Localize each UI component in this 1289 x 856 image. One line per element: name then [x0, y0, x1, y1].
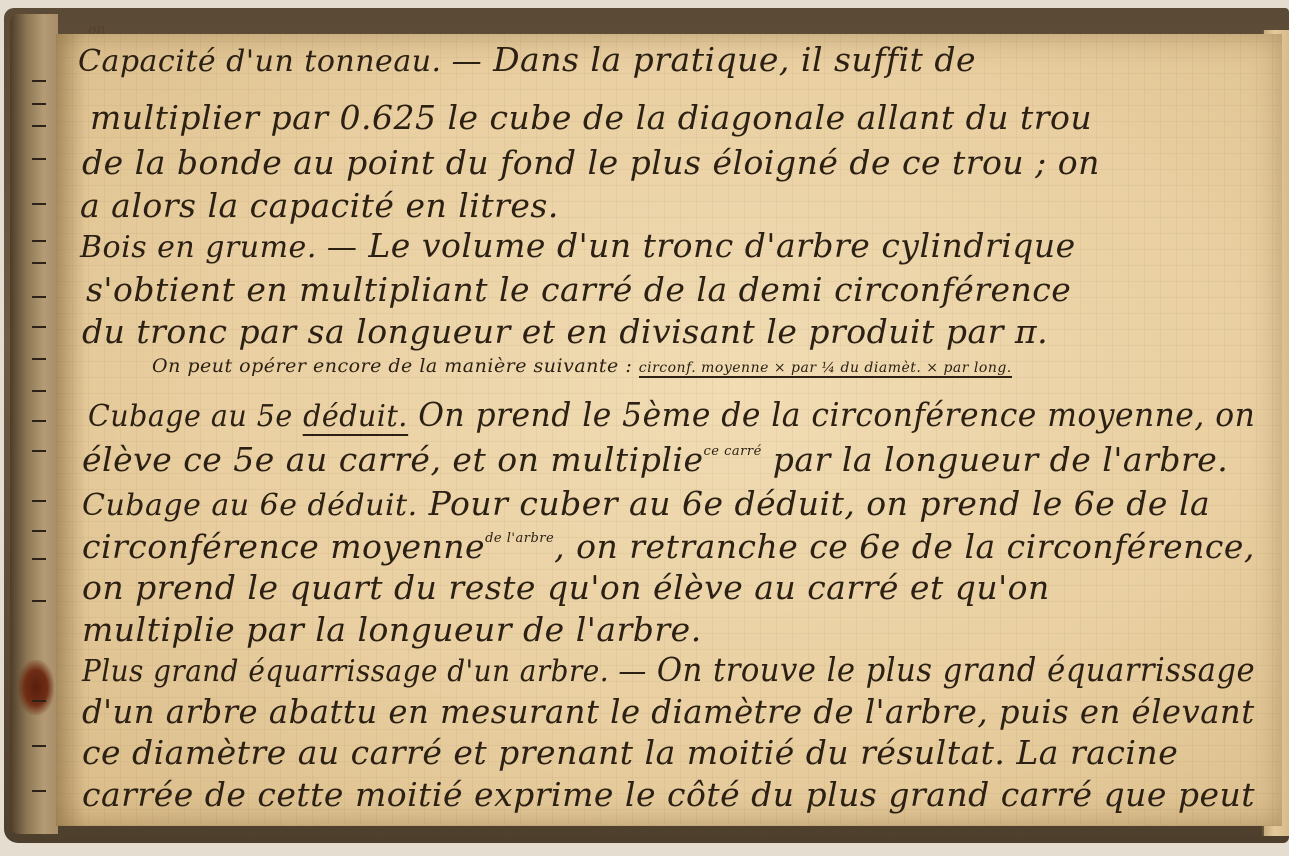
line-text: par la longueur de l'arbre.: [762, 440, 1229, 479]
margin-tick: [32, 326, 46, 328]
margin-tick: [32, 450, 46, 452]
text-line-4: a alors la capacité en litres.: [80, 186, 559, 225]
text-line-5: Bois en grume. — Le volume d'un tronc d'…: [80, 226, 1076, 265]
margin-tick: [32, 125, 46, 127]
text-line-8-note: On peut opérer encore de la manière suiv…: [152, 355, 1012, 377]
margin-tick: [32, 240, 46, 242]
line-text: Dans la pratique, il suffit de: [482, 40, 976, 79]
line-text: On prend le 5ème de la circonférence moy…: [408, 395, 1255, 434]
text-line-12: circonférence moyennede l'arbre, on retr…: [82, 527, 1255, 566]
line-text: du tronc par sa longueur et en divisant …: [82, 312, 1048, 351]
line-text: d'un arbre abattu en mesurant le diamètr…: [82, 692, 1255, 731]
text-line-7: du tronc par sa longueur et en divisant …: [82, 312, 1048, 351]
text-line-2: multiplier par 0.625 le cube de la diago…: [90, 98, 1092, 137]
line-text: Le volume d'un tronc d'arbre cylindrique: [357, 226, 1075, 265]
interlinear-insertion: ce carré: [704, 444, 762, 459]
line-text: circonférence moyenne: [82, 527, 485, 566]
margin-annotation: on: [88, 22, 105, 38]
margin-tick: [32, 600, 46, 602]
margin-tick: [32, 500, 46, 502]
text-line-10: élève ce 5e au carré, et on multipliece …: [82, 440, 1228, 479]
section-heading-equarrissage: Plus grand équarrissage d'un arbre. —: [82, 654, 647, 689]
line-text: élève ce 5e au carré, et on multiplie: [82, 440, 704, 479]
ink-stain: [18, 660, 54, 715]
margin-tick: [32, 103, 46, 105]
section-heading-cubage-5e: Cubage au 5e: [88, 399, 293, 434]
margin-tick: [32, 745, 46, 747]
margin-tick: [32, 296, 46, 298]
margin-tick: [32, 530, 46, 532]
text-line-17: ce diamètre au carré et prenant la moiti…: [82, 733, 1178, 772]
text-line-9: Cubage au 5e déduit. On prend le 5ème de…: [88, 395, 1255, 434]
text-line-15: Plus grand équarrissage d'un arbre. — On…: [82, 650, 1255, 689]
formula-underlined: circonf. moyenne × par ¼ du diamèt. × pa…: [639, 360, 1012, 378]
line-text: On trouve le plus grand équarrissage: [647, 650, 1255, 689]
text-line-13: on prend le quart du reste qu'on élève a…: [82, 568, 1050, 607]
margin-tick: [32, 790, 46, 792]
margin-tick: [32, 80, 46, 82]
margin-tick: [32, 262, 46, 264]
text-line-14: multiplie par la longueur de l'arbre.: [82, 610, 702, 649]
line-text: carrée de cette moitié exprime le côté d…: [82, 775, 1255, 814]
line-text: multiplie par la longueur de l'arbre.: [82, 610, 702, 649]
margin-tick: [32, 700, 46, 702]
text-line-16: d'un arbre abattu en mesurant le diamètr…: [82, 692, 1255, 731]
line-text: de la bonde au point du fond le plus élo…: [82, 143, 1100, 182]
line-text: a alors la capacité en litres.: [80, 186, 559, 225]
text-line-11: Cubage au 6e déduit. Pour cuber au 6e dé…: [82, 484, 1210, 523]
margin-tick: [32, 158, 46, 160]
note-text: On peut opérer encore de la manière suiv…: [152, 355, 632, 377]
margin-tick: [32, 358, 46, 360]
text-line-6: s'obtient en multipliant le carré de la …: [86, 270, 1071, 309]
section-heading-cubage-6e: Cubage au 6e déduit.: [82, 488, 418, 523]
line-text: multiplier par 0.625 le cube de la diago…: [90, 98, 1092, 137]
text-line-1: Capacité d'un tonneau. — Dans la pratiqu…: [78, 40, 976, 79]
line-text: ce diamètre au carré et prenant la moiti…: [82, 733, 1178, 772]
line-text: s'obtient en multipliant le carré de la …: [86, 270, 1071, 309]
margin-tick: [32, 558, 46, 560]
interlinear-insertion: de l'arbre: [485, 531, 554, 546]
margin-tick: [32, 390, 46, 392]
heading-underlined-deduit: déduit.: [303, 399, 408, 436]
section-heading-bois-en-grume: Bois en grume. —: [80, 230, 357, 265]
margin-tick: [32, 203, 46, 205]
line-text: on prend le quart du reste qu'on élève a…: [82, 568, 1050, 607]
line-text: Pour cuber au 6e déduit, on prend le 6e …: [418, 484, 1211, 523]
line-text: , on retranche ce 6e de la circonférence…: [554, 527, 1255, 566]
text-line-3: de la bonde au point du fond le plus élo…: [82, 143, 1100, 182]
margin-tick: [32, 420, 46, 422]
text-line-18: carrée de cette moitié exprime le côté d…: [82, 775, 1255, 814]
section-heading-tonneau: Capacité d'un tonneau. —: [78, 44, 482, 79]
